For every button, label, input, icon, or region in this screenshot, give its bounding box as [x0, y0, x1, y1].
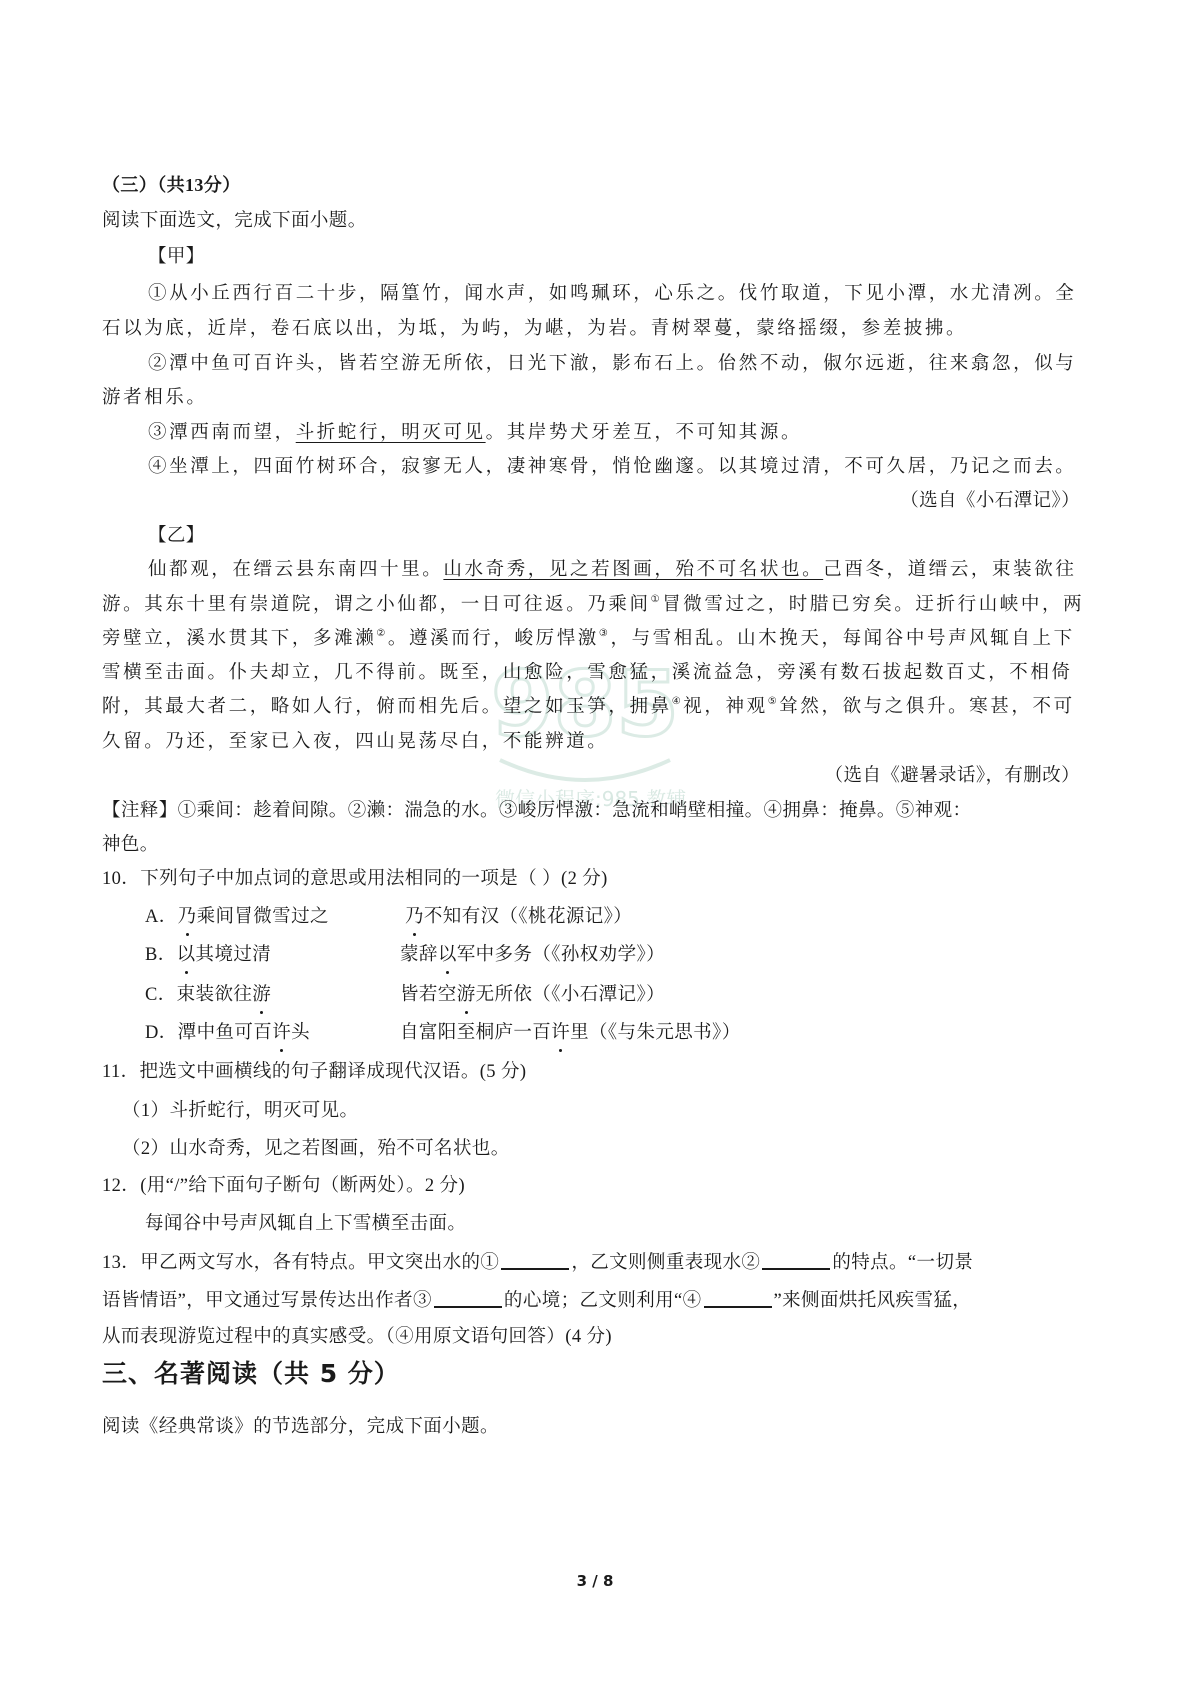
q10-stem: 10．下列句子中加点词的意思或用法相同的一项是（ ）(2 分) [102, 867, 608, 891]
yi-l3-c: ，与雪相乱。山木挽天，每闻谷中号声风辄自上下 [610, 628, 1074, 649]
option-left-pre: 束装欲往 [177, 985, 253, 1005]
q13-l1-a: 13．甲乙两文写水，各有特点。甲文突出水的① [102, 1253, 499, 1273]
option-right-pre: 蒙辞 [400, 945, 438, 965]
passage-jia-source: （选自《小石潭记》） [900, 489, 1080, 513]
option-left-post: 头 [291, 1023, 310, 1043]
q13-l2-c: ”来侧面烘托风疾雪猛， [774, 1291, 972, 1311]
footnote-ref: ① [651, 594, 663, 605]
passage-jia-p1-line1: ①从小丘西行百二十步，隔篁竹，闻水声，如鸣珮环，心乐之。伐竹取道，下见小潭，水尤… [148, 282, 1076, 306]
option-left-post: 其境过清 [196, 945, 272, 965]
passage-jia-p2-line2: 游者相乐。 [102, 386, 208, 410]
q11-sub1: （1）斗折蛇行，明灭可见。 [122, 1099, 358, 1123]
q13-l1-c: 的特点。“一切景 [832, 1253, 973, 1273]
p3-underlined-sentence: 斗折蛇行，明灭可见 [296, 422, 486, 443]
option-right-pre: 自富阳至桐庐一百 [400, 1023, 551, 1043]
q11-stem: 11．把选文中画横线的句子翻译成现代汉语。(5 分) [102, 1060, 526, 1084]
yi-l5-a: 附，其最大者二，略如人行，俯而相先后。望之如玉笋，拥鼻 [102, 696, 672, 717]
option-left-pre: 潭中鱼可百 [178, 1023, 273, 1043]
dotted-word: 以 [438, 943, 457, 967]
dotted-word: 乃 [178, 905, 197, 929]
passage-yi-line3: 旁壁立，溪水贯其下，多滩濑②。遵溪而行，峻厉悍激③，与雪相乱。山木挽天，每闻谷中… [102, 627, 1075, 651]
passage-yi-line1: 仙都观，在缙云县东南四十里。山水奇秀，见之若图画，殆不可名状也。己酉冬，道缙云，… [148, 558, 1076, 582]
passage-yi-label: 【乙】 [148, 524, 205, 548]
passage-yi-line6: 久留。乃还，至家已入夜，四山晃荡尽白，不能辨道。 [102, 730, 608, 754]
yi-l1-prefix: 仙都观，在缙云县东南四十里。 [148, 559, 443, 580]
answer-blank-4[interactable] [704, 1288, 772, 1308]
q13-l2-a: 语皆情语”，甲文通过写景传达出作者③ [102, 1291, 432, 1311]
footnote-ref: ② [376, 628, 388, 639]
dotted-word: 游 [457, 983, 476, 1007]
passage-yi-line4: 雪横至击面。仆夫却立，几不得前。既至，山愈险，雪愈猛，溪流益急，旁溪有数石拔起数… [102, 661, 1073, 685]
section3-heading: 三、名著阅读（共 5 分） [102, 1362, 400, 1386]
instruction: 阅读下面选文，完成下面小题。 [102, 209, 367, 233]
page-number: 3 / 8 [0, 1572, 1190, 1590]
option-right-pre: 皆若空 [400, 985, 457, 1005]
yi-l3-b: 。遵溪而行，峻厉悍激 [388, 628, 599, 649]
yi-l3-a: 旁壁立，溪水贯其下，多滩濑 [102, 628, 376, 649]
q12-stem: 12．(用“/”给下面句子断句（断两处）。2 分) [102, 1174, 465, 1198]
q13-line1: 13．甲乙两文写水，各有特点。甲文突出水的①，乙文则侧重表现水②的特点。“一切景 [102, 1250, 973, 1275]
dotted-word: 乃 [405, 905, 424, 929]
option-letter: D． [145, 1023, 178, 1043]
yi-underlined-sentence: 山水奇秀，见之若图画，殆不可名状也。 [443, 559, 823, 580]
option-left-post: 乘间冒微雪过之 [197, 907, 329, 927]
section3-instruction: 阅读《经典常谈》的节选部分，完成下面小题。 [102, 1415, 499, 1439]
q13-line2: 语皆情语”，甲文通过写景传达出作者③的心境；乙文则利用“④”来侧面烘托风疾雪猛， [102, 1288, 971, 1313]
footnote-ref: ③ [599, 628, 611, 639]
yi-l1-suffix: 己酉冬，道缙云，束装欲往 [823, 559, 1076, 580]
p3-prefix: ③潭西南而望， [148, 422, 296, 443]
answer-blank-2[interactable] [762, 1250, 830, 1270]
answer-blank-3[interactable] [434, 1288, 502, 1308]
dotted-word: 许 [272, 1021, 291, 1045]
passage-jia-p1-line2: 石以为底，近岸，卷石底以出，为坻，为屿，为嵁，为岩。青树翠蔓，蒙络摇缀，参差披拂… [102, 317, 967, 341]
p3-suffix: 。其岸势犬牙差互，不可知其源。 [486, 422, 803, 443]
footnote-ref: ⑤ [768, 696, 780, 707]
section-heading: （三）（共13分） [102, 173, 241, 197]
option-right-post: 不知有汉（《桃花源记》） [424, 907, 632, 927]
q12-sentence: 每闻谷中号声风辄自上下雪横至击面。 [145, 1212, 466, 1236]
dotted-word: 许 [551, 1021, 570, 1045]
yi-l5-b: 视，神观 [683, 696, 767, 717]
yi-l5-c: 耸然，欲与之俱升。寒甚，不可 [779, 696, 1074, 717]
option-letter: A． [145, 907, 178, 927]
notes-line1: 【注释】①乘间：趁着间隙。②濑：湍急的水。③峻厉悍激：急流和峭壁相撞。④拥鼻：掩… [102, 799, 971, 823]
exam-page: 985 微信小程序:985 教辅 （三）（共13分） 阅读下面选文，完成下面小题… [0, 0, 1190, 1683]
option-right-post: 军中多务（《孙权劝学》） [457, 945, 665, 965]
yi-l2-a: 游。其东十里有崇道院，谓之小仙都，一日可往返。乃乘间 [102, 594, 651, 615]
option-letter: B． [145, 945, 177, 965]
passage-yi-line2: 游。其东十里有崇道院，谓之小仙都，一日可往返。乃乘间①冒微雪过之，时腊已穷矣。迂… [102, 593, 1084, 617]
footnote-ref: ④ [672, 696, 684, 707]
yi-l2-b: 冒微雪过之，时腊已穷矣。迂折行山峡中，两 [662, 594, 1084, 615]
q13-line3: 从而表现游览过程中的真实感受。（④用原文语句回答）(4 分) [102, 1325, 612, 1349]
option-letter: C． [145, 985, 177, 1005]
option-right-post: 里（《与朱元思书》） [570, 1023, 741, 1043]
passage-jia-label: 【甲】 [148, 245, 205, 269]
option-right-post: 无所依（《小石潭记》） [476, 985, 665, 1005]
passage-yi-source: （选自《避暑录话》，有删改） [825, 764, 1080, 788]
passage-jia-p2-line1: ②潭中鱼可百许头，皆若空游无所依，日光下澈，影布石上。佁然不动，俶尔远逝，往来翕… [148, 352, 1076, 376]
passage-jia-p4: ④坐潭上，四面竹树环合，寂寥无人，凄神寒骨，悄怆幽邃。以其境过清，不可久居，乃记… [148, 455, 1076, 479]
dotted-word: 以 [177, 943, 196, 967]
notes-line2: 神色。 [102, 833, 159, 857]
passage-yi-line5: 附，其最大者二，略如人行，俯而相先后。望之如玉笋，拥鼻④视，神观⑤耸然，欲与之俱… [102, 695, 1075, 719]
q11-sub2: （2）山水奇秀，见之若图画，殆不可名状也。 [122, 1137, 510, 1161]
passage-jia-p3: ③潭西南而望，斗折蛇行，明灭可见。其岸势犬牙差互，不可知其源。 [148, 421, 802, 445]
dotted-word: 游 [252, 983, 271, 1007]
q13-l2-b: 的心境；乙文则利用“④ [504, 1291, 702, 1311]
q13-l1-b: ，乙文则侧重表现水② [571, 1253, 760, 1273]
answer-blank-1[interactable] [501, 1250, 569, 1270]
